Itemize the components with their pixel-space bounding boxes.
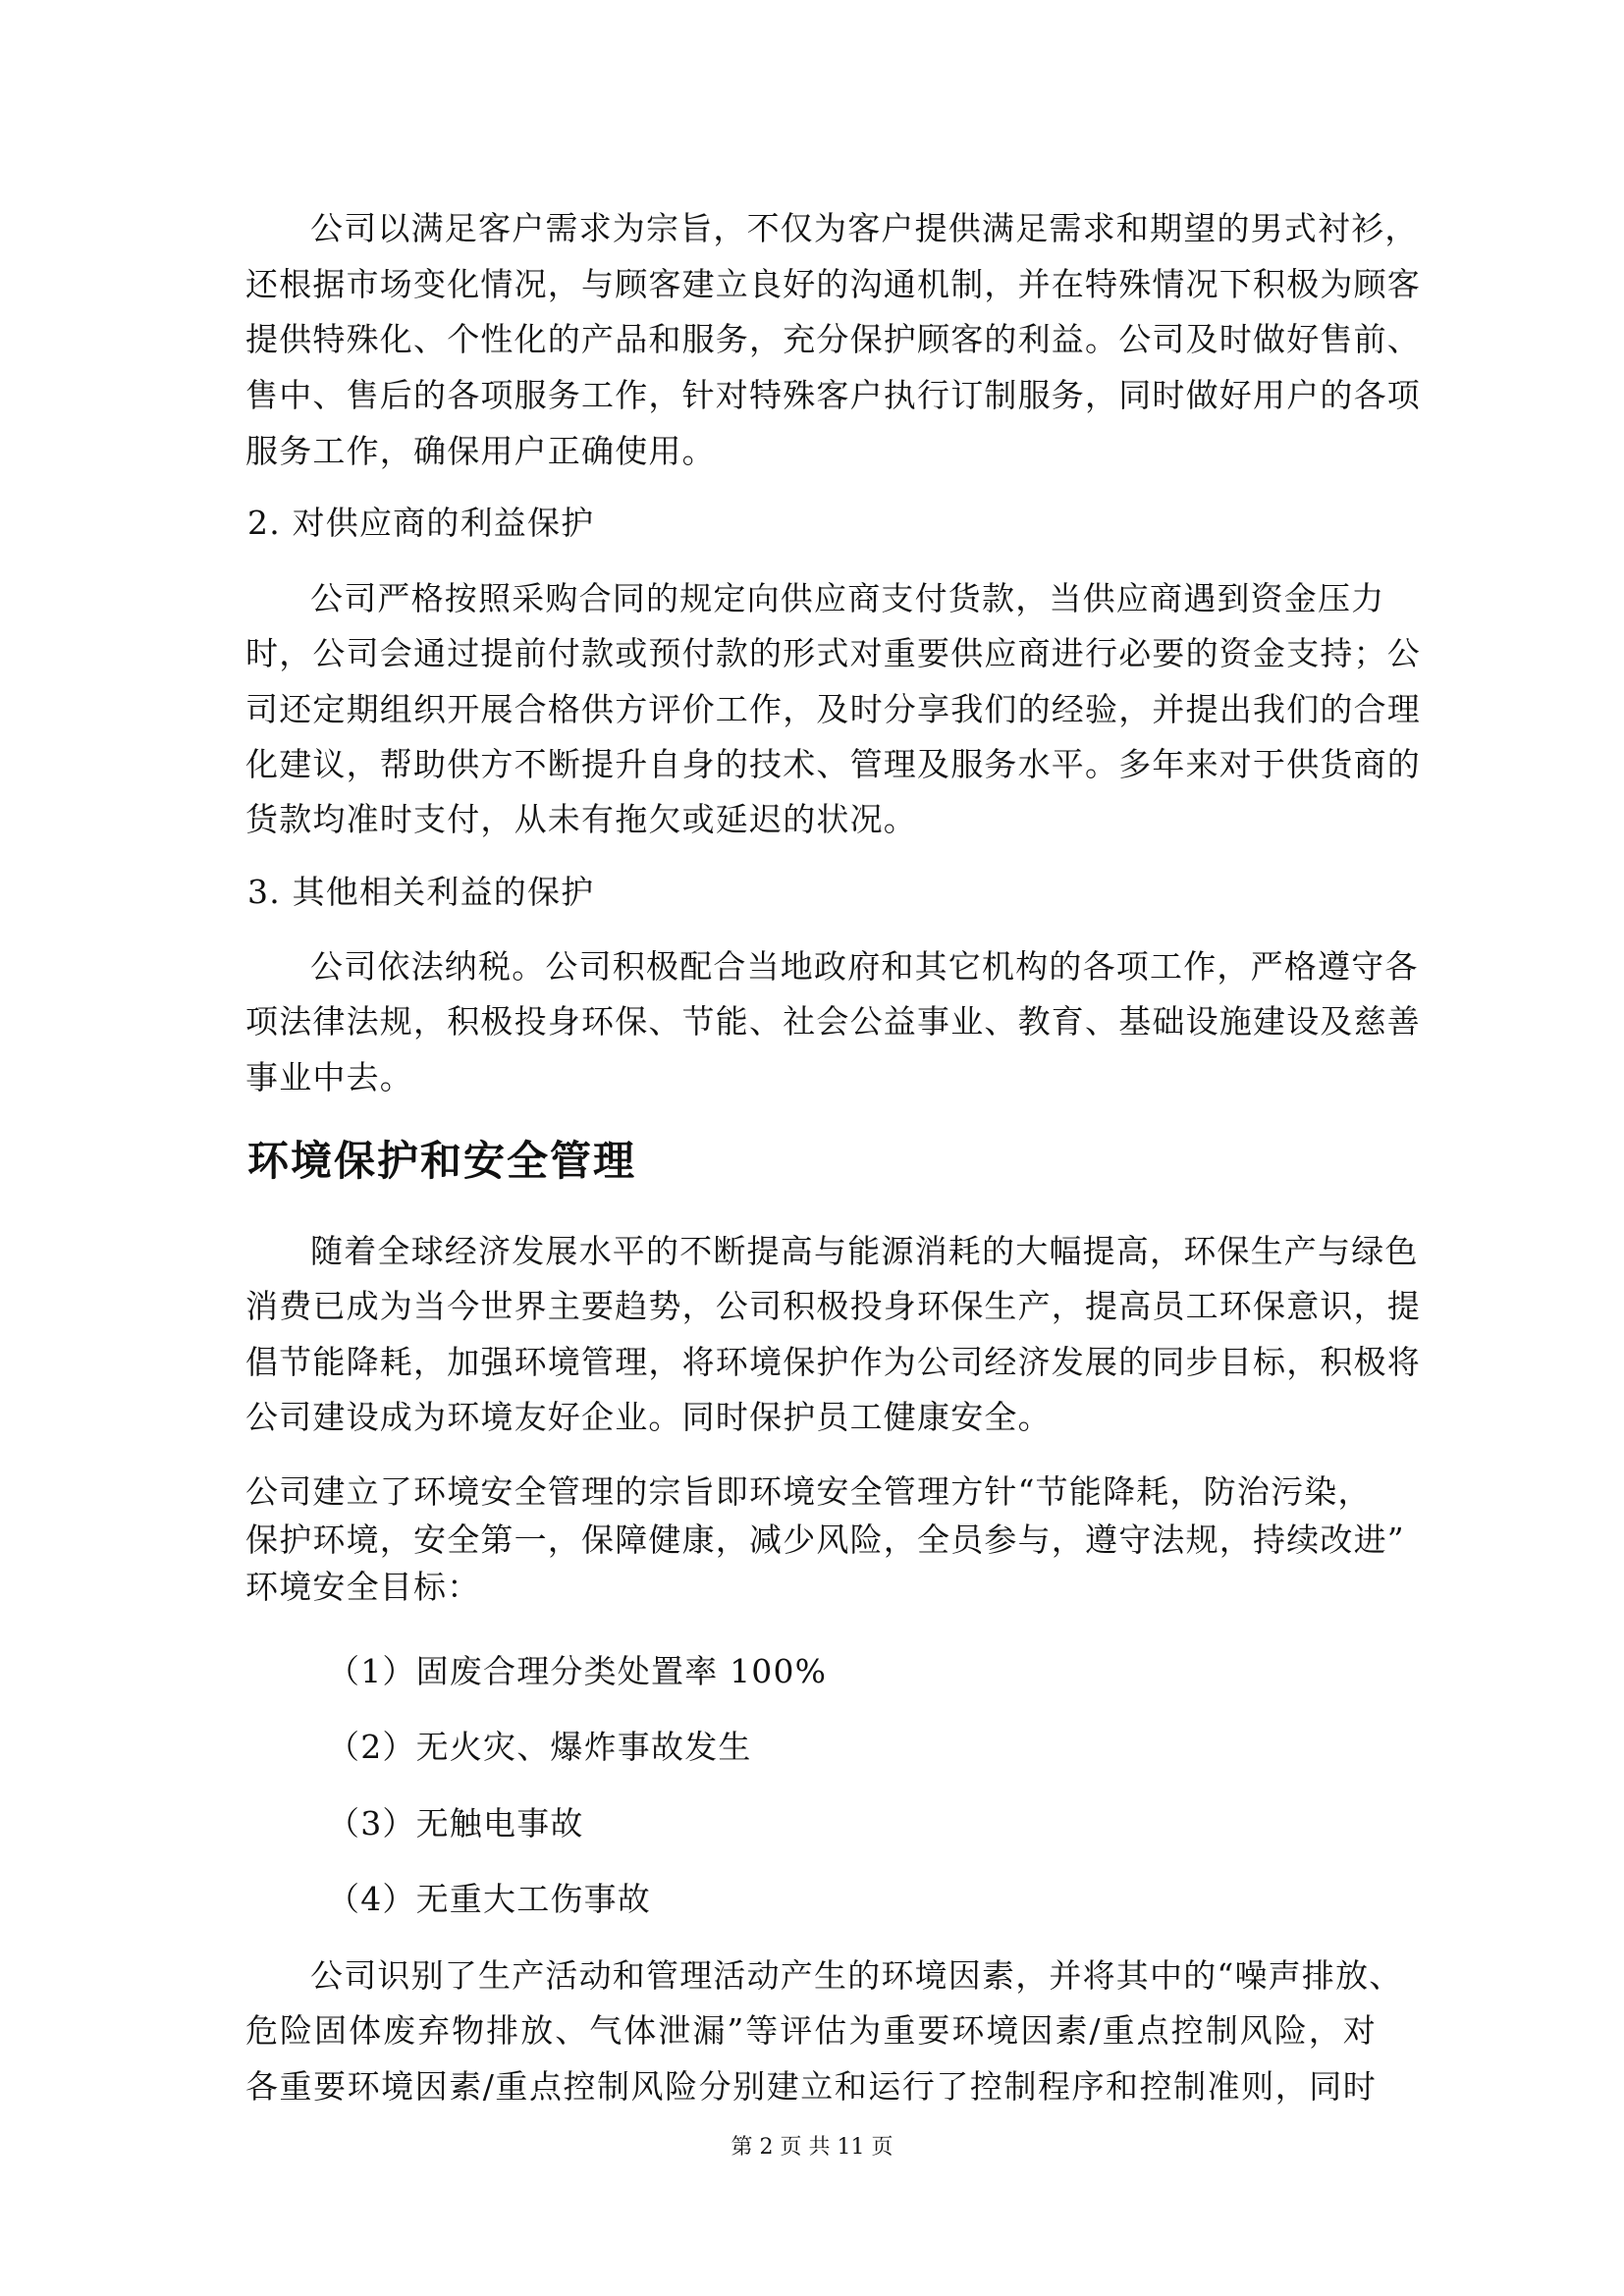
text-line: 化建议，帮助供方不断提升自身的技术、管理及服务水平。多年来对于供货商的 [245,748,1377,783]
list-item: （1）固废合理分类处置率 100% [327,1655,827,1690]
text-line: 公司严格按照采购合同的规定向供应商支付货款，当供应商遇到资金压力 [310,582,1377,617]
text-line: 各重要环境因素/重点控制风险分别建立和运行了控制程序和控制准则，同时 [245,2070,1377,2106]
text-line: 公司识别了生产活动和管理活动产生的环境因素，并将其中的“噪声排放、 [310,1959,1377,1995]
text-line: 司还定期组织开展合格供方评价工作，及时分享我们的经验，并提出我们的合理 [245,693,1377,728]
text-line: 公司建立了环境安全管理的宗旨即环境安全管理方针“节能降耗，防治污染， [245,1475,1372,1511]
text-line: 时，公司会通过提前付款或预付款的形式对重要供应商进行必要的资金支持；公 [245,637,1377,672]
text-line: 公司以满足客户需求为宗旨，不仅为客户提供满足需求和期望的男式衬衫， [310,212,1377,247]
text-line: 公司依法纳税。公司积极配合当地政府和其它机构的各项工作，严格遵守各 [310,950,1377,986]
text-line: 危险固体废弃物排放、气体泄漏”等评估为重要环境因素/重点控制风险，对 [245,2014,1377,2050]
text-line: 售中、售后的各项服务工作，针对特殊客户执行订制服务，同时做好用户的各项 [245,379,1377,414]
text-line: 提供特殊化、个性化的产品和服务，充分保护顾客的利益。公司及时做好售前、 [245,323,1377,358]
text-line: 环境安全目标： [245,1571,480,1606]
text-line: 消费已成为当今世界主要趋势，公司积极投身环保生产，提高员工环保意识，提 [245,1290,1377,1325]
text-line: 公司建设成为环境友好企业。同时保护员工健康安全。 [245,1401,1052,1436]
text-line: 保护环境，安全第一，保障健康，减少风险，全员参与，遵守法规，持续改进” [245,1523,1405,1559]
text-line: 还根据市场变化情况，与顾客建立良好的沟通机制，并在特殊情况下积极为顾客 [245,268,1377,303]
text-line: 事业中去。 [245,1061,413,1096]
text-line: 倡节能降耗，加强环境管理，将环境保护作为公司经济发展的同步目标，积极将 [245,1346,1377,1381]
text-line: 服务工作，确保用户正确使用。 [245,435,716,470]
subheading-suppliers: 2. 对供应商的利益保护 [247,507,594,542]
list-item: （4）无重大工伤事故 [327,1883,651,1918]
text-line: 随着全球经济发展水平的不断提高与能源消耗的大幅提高，环保生产与绿色 [310,1235,1377,1270]
list-item: （3）无触电事故 [327,1807,584,1842]
text-line: 货款均准时支付，从未有拖欠或延迟的状况。 [245,803,917,838]
section-title: 环境保护和安全管理 [247,1140,636,1183]
page-number-footer: 第 2 页 共 11 页 [0,2136,1624,2160]
subheading-others: 3. 其他相关利益的保护 [247,876,594,911]
document-page: 公司以满足客户需求为宗旨，不仅为客户提供满足需求和期望的男式衬衫， 还根据市场变… [0,0,1624,2296]
text-line: 项法律法规，积极投身环保、节能、社会公益事业、教育、基础设施建设及慈善 [245,1005,1377,1041]
list-item: （2）无火灾、爆炸事故发生 [327,1731,752,1766]
